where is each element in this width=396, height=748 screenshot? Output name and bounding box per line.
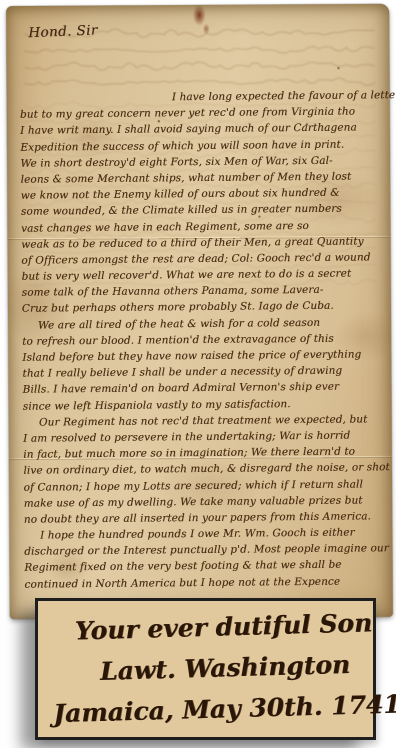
salutation: Hond. Sir bbox=[28, 22, 98, 41]
page-background: { "letter": { "salutation": "Hond. Sir",… bbox=[0, 0, 396, 748]
signature-inset: Your ever dutiful SonLawt. WashingtonJam… bbox=[35, 598, 376, 740]
letter-line: continued in North America but I hope no… bbox=[24, 573, 390, 593]
signature-lines: Your ever dutiful SonLawt. WashingtonJam… bbox=[46, 603, 364, 735]
letter-sheet: Hond. Sir I have long expected the favou… bbox=[6, 4, 393, 619]
signature-line: Jamaica, May 30th. 1741 bbox=[53, 685, 365, 735]
letter-body: I have long expected the favour of a let… bbox=[20, 87, 391, 592]
